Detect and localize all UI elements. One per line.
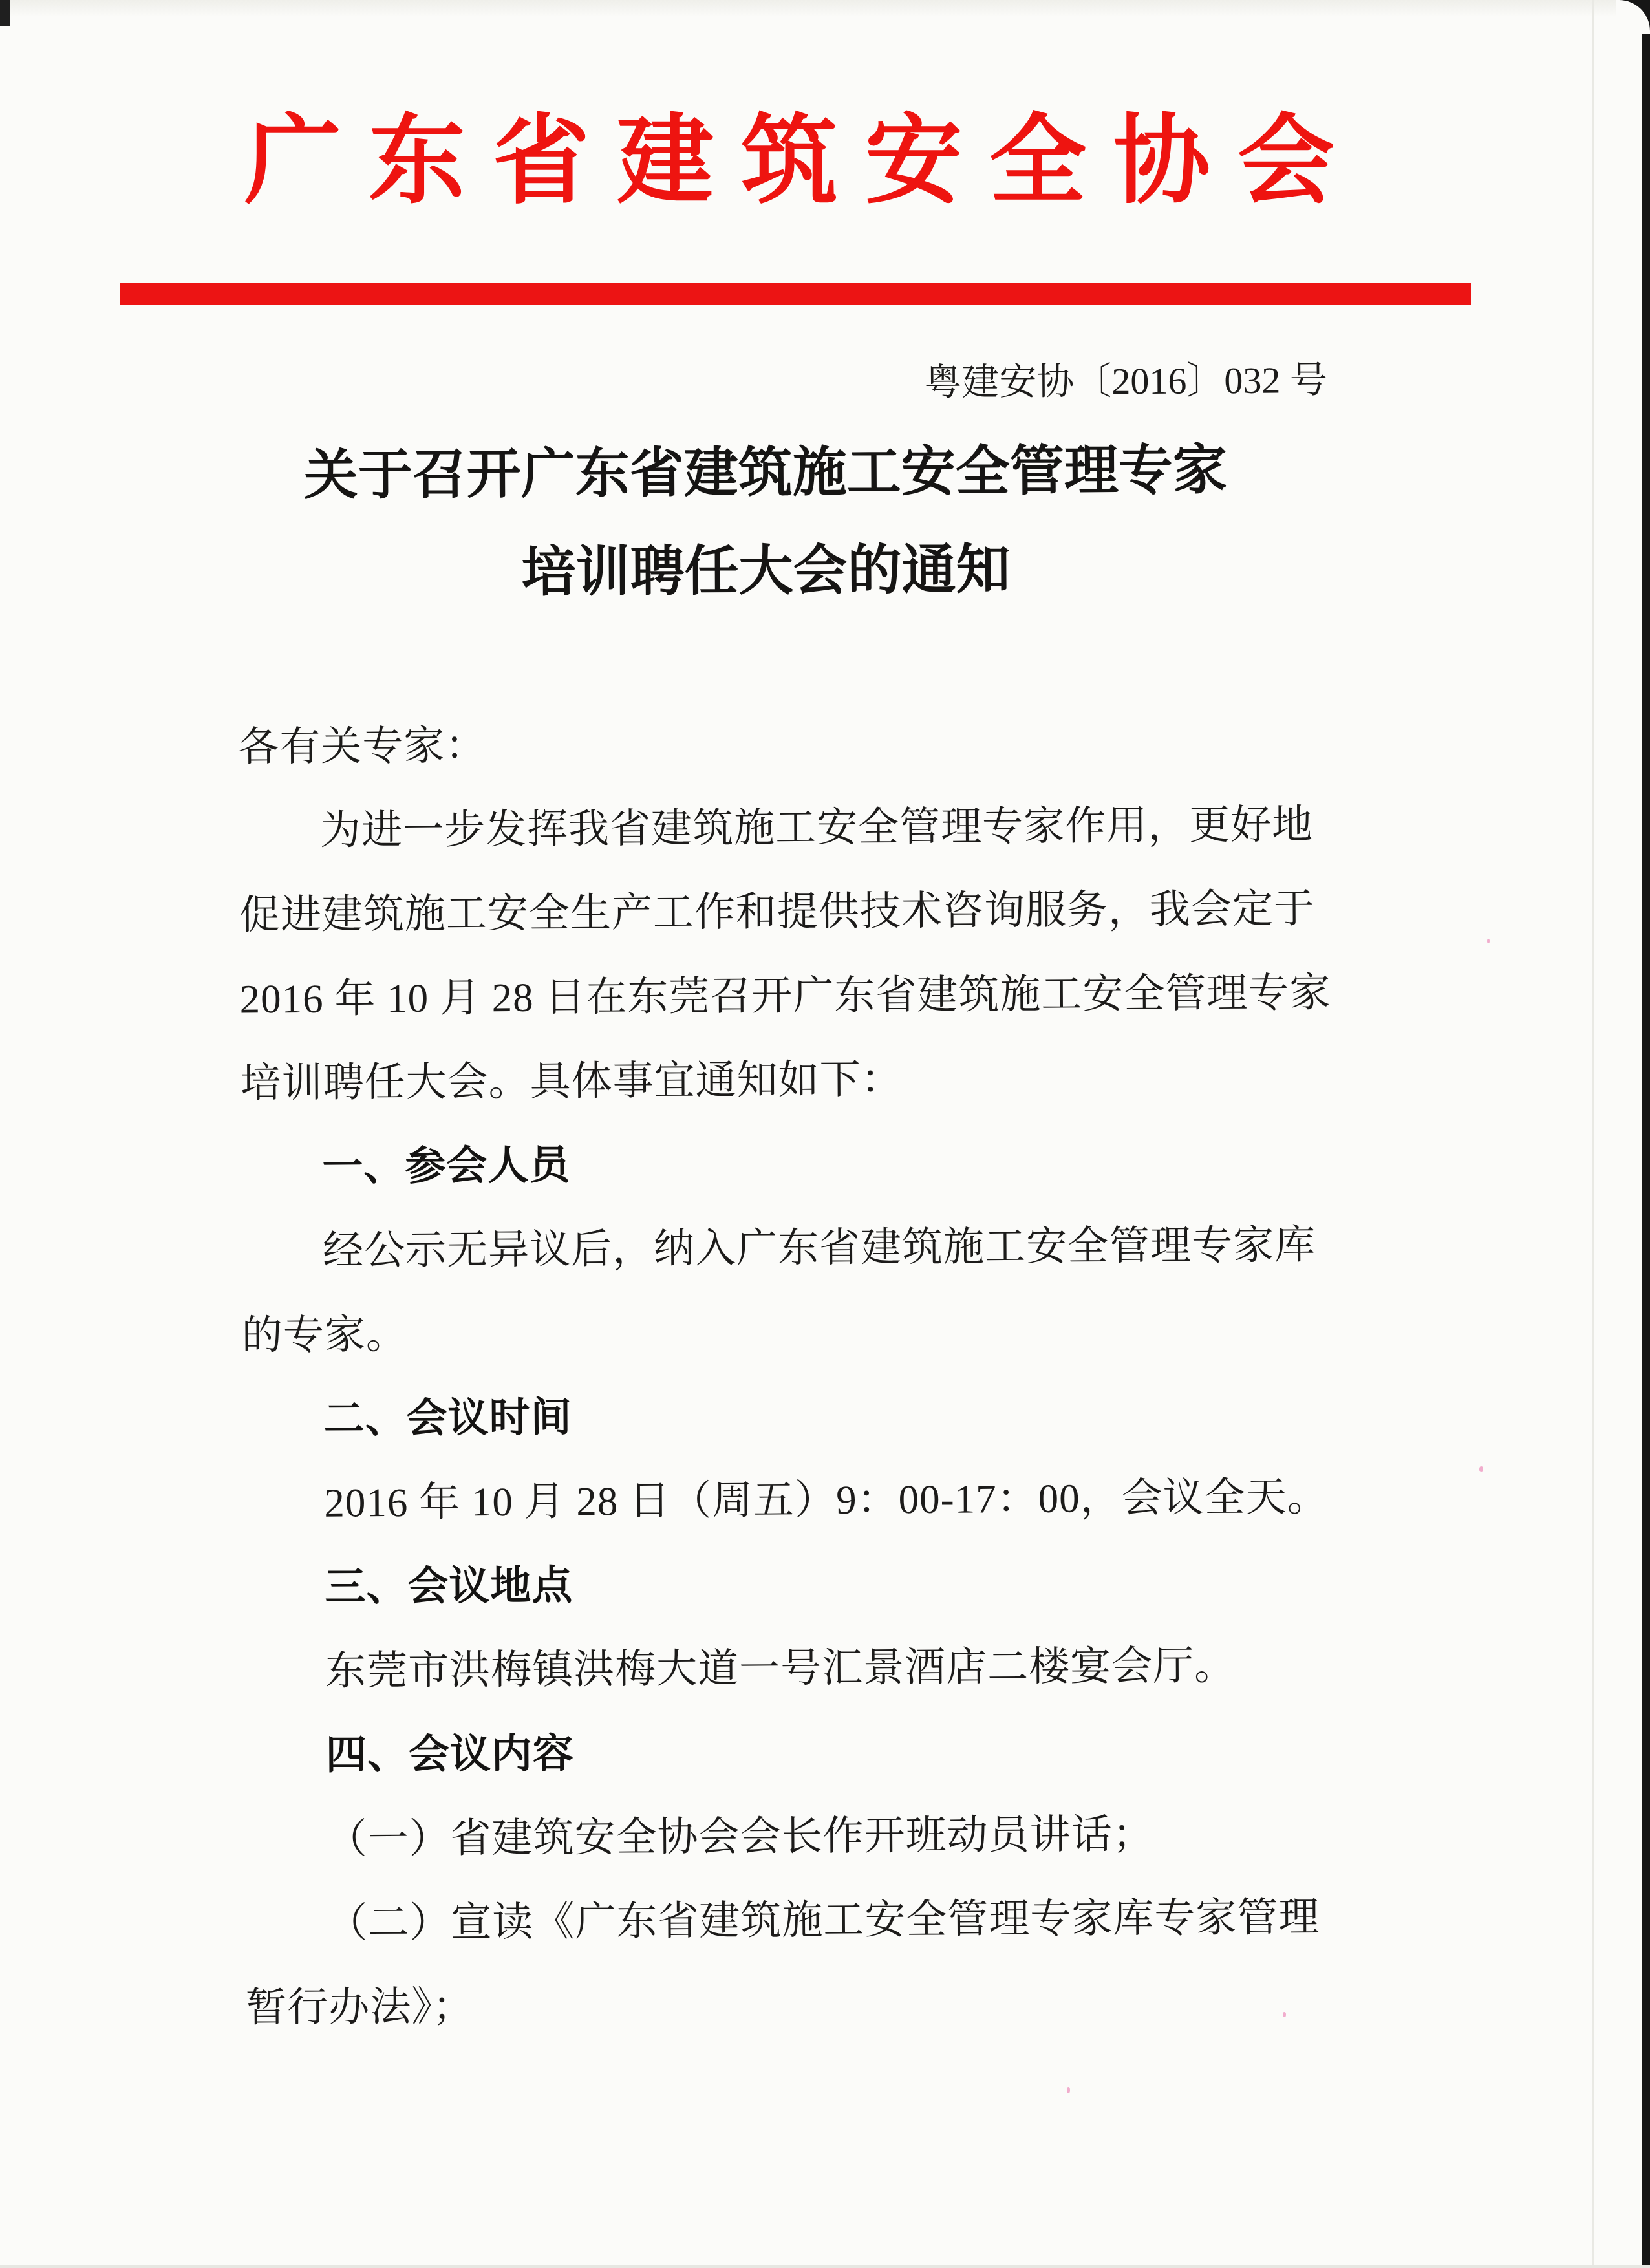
body-line: 经公示无异议后，纳入广东省建筑施工安全管理专家库 [241, 1203, 1356, 1294]
body-line: （二）宣读《广东省建筑施工安全管理专家库专家管理 [245, 1875, 1360, 1966]
body-line: 2016 年 10 月 28 日在东莞召开广东省建筑施工安全管理专家 [239, 950, 1355, 1042]
body-line: 2016 年 10 月 28 日（周五）9：00-17：00，会议全天。 [242, 1455, 1358, 1546]
body-line: 促进建筑施工安全生产工作和提供技术咨询服务，我会定于 [239, 866, 1355, 957]
section-heading: 四、会议内容 [244, 1707, 1359, 1798]
body-line: 的专家。 [242, 1287, 1357, 1378]
document-title: 关于召开广东省建筑施工安全管理专家 培训聘任大会的通知 [211, 421, 1320, 624]
document-number: 粤建安协〔2016〕032 号 [924, 358, 1327, 405]
body-line: 各有关专家： [238, 698, 1353, 789]
section-heading: 三、会议地点 [243, 1539, 1358, 1630]
body-text: 各有关专家：为进一步发挥我省建筑施工安全管理专家作用，更好地促进建筑施工安全生产… [238, 698, 1361, 2049]
body-line: 东莞市洪梅镇洪梅大道一号汇景酒店二楼宴会厅。 [244, 1623, 1359, 1714]
body-line: 为进一步发挥我省建筑施工安全管理专家作用，更好地 [239, 782, 1354, 873]
document-title-line2: 培训聘任大会的通知 [212, 519, 1320, 624]
body-line: 暂行办法》； [246, 1959, 1361, 2050]
body-line: 培训聘任大会。具体事宜通知如下： [240, 1034, 1355, 1126]
document-content: 粤建安协〔2016〕032 号 关于召开广东省建筑施工安全管理专家 培训聘任大会… [0, 0, 1650, 2268]
section-heading: 一、参会人员 [241, 1118, 1356, 1210]
body-line: （一）省建筑安全协会会长作开班动员讲话； [244, 1791, 1360, 1882]
scanned-document-page: 广东省建筑安全协会 粤建安协〔2016〕032 号 关于召开广东省建筑施工安全管… [0, 0, 1650, 2268]
section-heading: 二、会议时间 [242, 1371, 1357, 1462]
document-title-line1: 关于召开广东省建筑施工安全管理专家 [211, 421, 1319, 526]
